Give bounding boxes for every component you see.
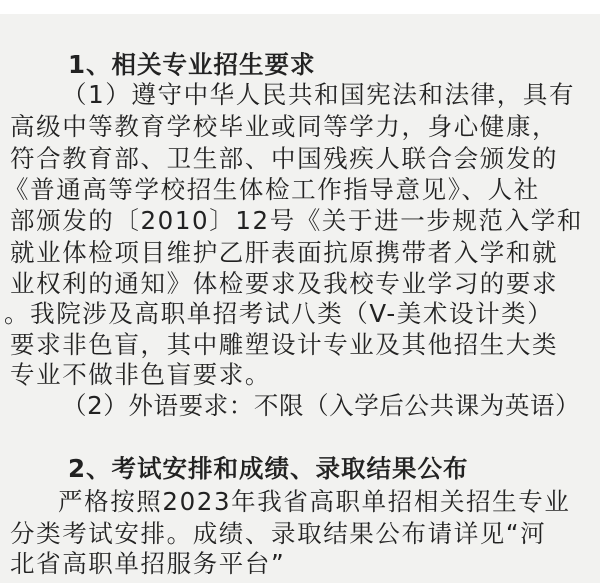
section1-item1-line: 专业不做非色盲要求。	[10, 360, 271, 390]
section1-heading: 1、相关专业招生要求	[68, 50, 316, 80]
section1-item1-line: 就业体检项目维护乙肝表面抗原携带者入学和就	[10, 238, 558, 268]
section1-item1-line: 高级中等教育学校毕业或同等学力，身心健康，	[10, 112, 558, 142]
top-margin	[0, 0, 600, 14]
section1-item1-line: 《普通高等学校招生体检工作指导意见》、人社	[4, 175, 540, 205]
section1-item1-line: 部颁发的〔2010〕12号《关于进一步规范入学和	[10, 206, 583, 236]
section1-item1-line: 。我院涉及高职单招考试八类（V-美术设计类）	[4, 299, 553, 329]
section1-item2: （2）外语要求：不限（入学后公共课为英语）	[62, 391, 580, 421]
section2-line: 严格按照2023年我省高职单招相关招生专业	[58, 487, 570, 517]
section1-item1-line: 要求非色盲，其中雕塑设计专业及其他招生大类	[10, 330, 558, 360]
section1-item1-line: （1）遵守中华人民共和国宪法和法律，具有	[62, 80, 575, 110]
section2-heading: 2、考试安排和成绩、录取结果公布	[68, 454, 469, 484]
section2-line: 北省高职单招服务平台”	[10, 549, 285, 579]
section1-item1-line: 业权利的通知》体检要求及我校专业学习的要求	[10, 269, 558, 299]
section1-item1-line: 符合教育部、卫生部、中国残疾人联合会颁发的	[10, 144, 558, 174]
section2-line: 分类考试安排。成绩、录取结果公布请详见“河	[10, 519, 546, 549]
